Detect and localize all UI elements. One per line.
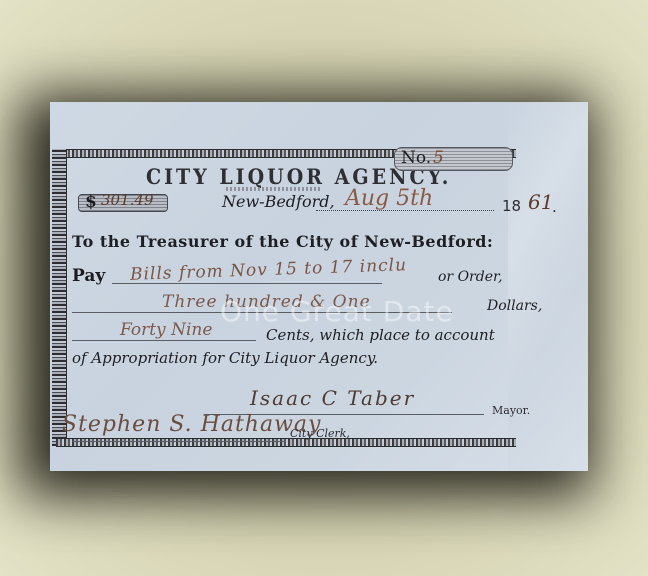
liquor-agency-check: CITY LIQUOR AGENCY. No. 5 $ 301.49 New-B… — [50, 102, 588, 471]
wavy-ornament — [226, 187, 322, 191]
mayor-label: Mayor. — [492, 404, 530, 417]
cents-text: Cents, which place to account — [266, 326, 495, 344]
number-label: No. — [401, 148, 431, 168]
clerk-label: City Clerk, — [290, 427, 350, 440]
amount-plate: $ 301.49 — [78, 194, 168, 212]
year-period: . — [552, 198, 557, 216]
year-written: 61 — [528, 190, 553, 214]
amount-value: 301.49 — [101, 191, 154, 209]
cents-written: Forty Nine — [120, 320, 212, 340]
pay-label: Pay — [72, 266, 105, 286]
ornamental-border-bottom — [56, 438, 516, 447]
appropriation-text: of Appropriation for City Liquor Agency. — [72, 349, 378, 367]
ornamental-border-left — [52, 149, 67, 446]
date-written: Aug 5th — [345, 186, 433, 211]
place-name: New-Bedford, — [222, 192, 335, 211]
year-printed: 18 — [502, 197, 521, 215]
dollars-line — [72, 312, 452, 313]
clerk-signature: Stephen S. Hathaway — [62, 412, 321, 437]
payee-written: Bills from Nov 15 to 17 inclu — [130, 255, 408, 285]
or-order-label: or Order, — [438, 269, 503, 285]
dollars-written: Three hundred & One — [162, 292, 371, 312]
number-value: 5 — [433, 148, 444, 168]
cents-line — [72, 340, 256, 341]
check-number-plate: No. 5 — [394, 147, 513, 171]
clerk-signature-line — [72, 441, 286, 442]
dollar-sign: $ — [85, 192, 97, 212]
dollars-label: Dollars, — [487, 298, 542, 314]
treasurer-line: To the Treasurer of the City of New-Bedf… — [72, 232, 493, 251]
mayor-signature: Isaac C Taber — [250, 386, 415, 410]
